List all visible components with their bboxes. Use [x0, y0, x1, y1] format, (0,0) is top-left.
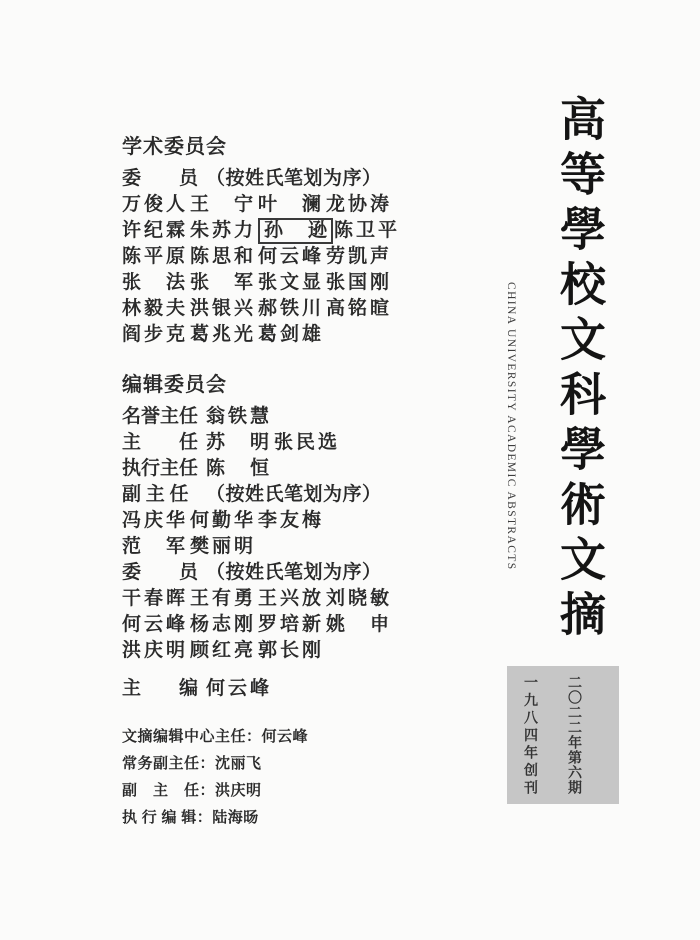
member-name-deceased-boxed: 孙 逊 [258, 218, 333, 244]
members-label: 委 员 [122, 166, 200, 192]
member-name: 陈卫平 [334, 218, 397, 244]
member-name: 张国刚 [326, 270, 389, 296]
member-name: 刘晓敏 [326, 586, 389, 612]
member-name: 林毅夫 [122, 296, 185, 322]
member-name-row: 万俊人王 宁叶 澜龙协涛 [122, 192, 472, 218]
committee-members-header-line: 委 员（按姓氏笔划为序） [122, 166, 472, 192]
role-line: 执行主任陈 恒 [122, 456, 472, 482]
member-name: 罗培新 [258, 612, 321, 638]
member-name: 苏 明 [206, 430, 269, 456]
member-name: 葛剑雄 [258, 322, 321, 348]
member-name: 张 军 [190, 270, 253, 296]
member-name: 陈平原 [122, 244, 185, 270]
member-name: 顾红亮 [190, 638, 253, 664]
member-name: 郭长刚 [258, 638, 321, 664]
member-name: 朱苏力 [190, 218, 253, 244]
member-name-row: 陈平原陈思和何云峰劳凯声 [122, 244, 472, 270]
member-name-row: 阎步克葛兆光葛剑雄 [122, 322, 472, 348]
honorary-director-label: 名誉主任 [122, 404, 200, 430]
member-name: 李友梅 [258, 508, 321, 534]
standing-deputy-director-line: 常务副主任：沈丽飞 [122, 751, 472, 778]
member-name: 何云峰 [258, 244, 321, 270]
member-name: 万俊人 [122, 192, 185, 218]
role-line: 主 任苏 明张民选 [122, 430, 472, 456]
member-name-row: 林毅夫洪银兴郝铁川高铭暄 [122, 296, 472, 322]
member-name: 葛兆光 [190, 322, 253, 348]
executive-director-label: 执行主任 [122, 456, 200, 482]
member-name-row: 许纪霖朱苏力孙 逊陈卫平 [122, 218, 472, 244]
member-name: 洪银兴 [190, 296, 253, 322]
member-name: 劳凯声 [326, 244, 389, 270]
sort-order-note: （按姓氏笔划为序） [206, 562, 382, 583]
member-name: 陈 恒 [206, 456, 269, 482]
member-name: 翁铁慧 [206, 404, 269, 430]
member-name-row: 范 军樊丽明 [122, 534, 472, 560]
editorial-committee-section: 编辑委员会 名誉主任翁铁慧 主 任苏 明张民选 执行主任陈 恒 副 主 任（按姓… [122, 372, 472, 664]
chief-editor-label: 主 编 [122, 676, 200, 702]
member-name: 许纪霖 [122, 218, 185, 244]
role-line: 名誉主任翁铁慧 [122, 404, 472, 430]
member-name: 叶 澜 [258, 192, 321, 218]
issue-info-text: 二〇二二年第六期 一九八四年创刊 [507, 666, 607, 804]
member-name: 龙协涛 [326, 192, 389, 218]
executive-editor-line: 执 行 编 辑：陆海旸 [122, 805, 472, 832]
member-name: 樊丽明 [190, 534, 253, 560]
member-name: 阎步克 [122, 322, 185, 348]
member-name-row: 干春晖王有勇王兴放刘晓敏 [122, 586, 472, 612]
member-name-row: 洪庆明顾红亮郭长刚 [122, 638, 472, 664]
member-name: 干春晖 [122, 586, 185, 612]
member-name: 张 法 [122, 270, 185, 296]
deputy-director-line: 副 主 任：洪庆明 [122, 778, 472, 805]
member-name: 郝铁川 [258, 296, 321, 322]
abstract-center-section: 文摘编辑中心主任：何云峰 常务副主任：沈丽飞 副 主 任：洪庆明 执 行 编 辑… [122, 724, 472, 832]
member-name: 何云峰 [122, 612, 185, 638]
editorial-board-panel: 学术委员会 委 员（按姓氏笔划为序） 万俊人王 宁叶 澜龙协涛 许纪霖朱苏力孙 … [122, 134, 472, 832]
members-label: 委 员 [122, 560, 200, 586]
academic-committee-heading: 学术委员会 [122, 134, 472, 160]
chief-editor-name: 何云峰 [206, 676, 269, 702]
academic-committee-section: 学术委员会 委 员（按姓氏笔划为序） 万俊人王 宁叶 澜龙协涛 许纪霖朱苏力孙 … [122, 134, 472, 348]
chief-editor-line: 主 编何云峰 [122, 676, 472, 702]
sort-order-note: （按姓氏笔划为序） [206, 484, 382, 505]
member-name: 高铭暄 [326, 296, 389, 322]
committee-members-header-line: 委 员（按姓氏笔划为序） [122, 560, 472, 586]
center-director-line: 文摘编辑中心主任：何云峰 [122, 724, 472, 751]
editorial-committee-heading: 编辑委员会 [122, 372, 472, 398]
member-name: 王有勇 [190, 586, 253, 612]
member-name-row: 冯庆华何勤华李友梅 [122, 508, 472, 534]
member-name: 何勤华 [190, 508, 253, 534]
member-name-row: 张 法张 军张文显张国刚 [122, 270, 472, 296]
deputy-director-label: 副 主 任 [122, 482, 200, 508]
role-line: 副 主 任（按姓氏笔划为序） [122, 482, 472, 508]
member-name: 张文显 [258, 270, 321, 296]
journal-title-calligraphy: 高等學校文科學術文摘 [550, 95, 608, 645]
member-name: 王 宁 [190, 192, 253, 218]
scanned-journal-masthead-page: 学术委员会 委 员（按姓氏笔划为序） 万俊人王 宁叶 澜龙协涛 许纪霖朱苏力孙 … [0, 0, 700, 940]
issue-info-box: 二〇二二年第六期 一九八四年创刊 [507, 666, 619, 804]
member-name: 张民选 [274, 430, 337, 456]
member-name: 杨志刚 [190, 612, 253, 638]
member-name: 姚 申 [326, 612, 389, 638]
member-name: 范 军 [122, 534, 185, 560]
member-name-row: 何云峰杨志刚罗培新姚 申 [122, 612, 472, 638]
founded-year-line: 一九八四年创刊 [507, 675, 551, 804]
member-name: 冯庆华 [122, 508, 185, 534]
director-label: 主 任 [122, 430, 200, 456]
sort-order-note: （按姓氏笔划为序） [206, 168, 382, 189]
issue-number-line: 二〇二二年第六期 [551, 675, 595, 804]
member-name: 王兴放 [258, 586, 321, 612]
journal-title-english: CHINA UNIVERSITY ACADEMIC ABSTRACTS [505, 282, 517, 571]
member-name: 洪庆明 [122, 638, 185, 664]
member-name: 陈思和 [190, 244, 253, 270]
